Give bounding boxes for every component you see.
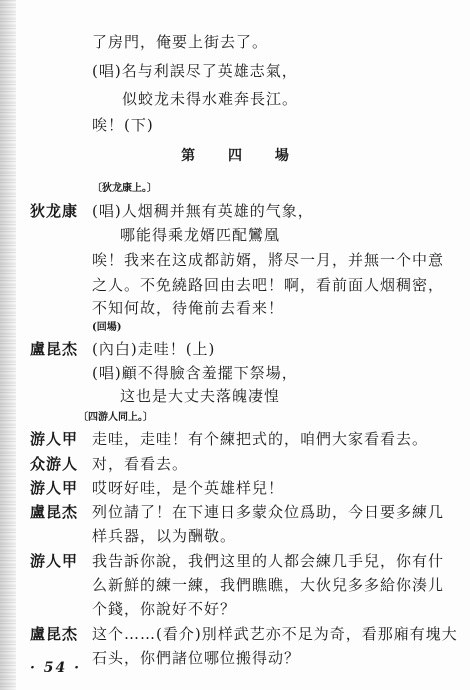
dialogue-line: 列位請了！在下連日多蒙众位爲助，今日要多練几 bbox=[92, 503, 444, 521]
speaker-name: 游人甲 bbox=[30, 430, 78, 448]
dialogue-line: (唱)顧不得臉含羞擺下祭場， bbox=[92, 364, 298, 382]
scan-edge-shadow bbox=[0, 0, 16, 690]
dialogue-line: 个錢，你說好不好？ bbox=[92, 600, 236, 618]
dialogue-line: 哎呀好哇，是个英雄样兒！ bbox=[92, 479, 284, 497]
speaker-name: 狄龙康 bbox=[30, 202, 78, 220]
scene-title: 第 四 場 bbox=[0, 145, 470, 165]
text-line: 唉！(下) bbox=[92, 116, 154, 134]
stage-direction: (回場) bbox=[92, 322, 121, 334]
text-line: (唱)名与利誤尽了英雄志氣， bbox=[92, 62, 298, 80]
stage-direction: 〔四游人同上。〕 bbox=[78, 412, 153, 424]
speaker-name: 盧昆杰 bbox=[30, 340, 78, 358]
dialogue-line: 这也是大丈夫落魄凄惶 bbox=[120, 387, 280, 405]
dialogue-line: 不知何故，待俺前去看来！ bbox=[92, 299, 284, 317]
dialogue-line: 石头，你們諸位哪位搬得动？ bbox=[92, 649, 300, 667]
scanned-page: 了房門，俺要上街去了。 (唱)名与利誤尽了英雄志氣， 似蛟龙未得水难奔長江。 唉… bbox=[0, 0, 470, 690]
dialogue-line: 我告訴你說，我們这里的人都会練几手兒，你有什 bbox=[92, 552, 444, 570]
dialogue-line: (內白)走哇！(上) bbox=[92, 340, 215, 358]
text-line: 了房門，俺要上街去了。 bbox=[92, 33, 268, 51]
dialogue-line: 么新鮮的練一練，我們瞧瞧，大伙兒多多給你湊儿 bbox=[92, 576, 444, 594]
stage-direction: 〔狄龙康上。〕 bbox=[92, 183, 157, 195]
dialogue-line: 哪能得乘龙婿匹配鸞凰 bbox=[120, 226, 280, 244]
speaker-name: 盧昆杰 bbox=[30, 625, 78, 643]
dialogue-line: 样兵器，以为酬敬。 bbox=[92, 527, 236, 545]
speaker-name: 游人甲 bbox=[30, 479, 78, 497]
speaker-name: 众游人 bbox=[30, 455, 78, 473]
page-number: · 54 · bbox=[30, 660, 81, 676]
dialogue-line: 之人。不免繞路回由去吧！啊，看前面人烟稠密， bbox=[92, 276, 444, 294]
dialogue-line: 唉！我来在这成都訪婿，將尽一月，并無一个中意 bbox=[92, 251, 444, 269]
text-line: 似蛟龙未得水难奔長江。 bbox=[122, 90, 298, 108]
dialogue-line: 这个……(看介)別样武艺亦不足为奇，看那廂有塊大 bbox=[92, 625, 458, 643]
dialogue-line: 走哇，走哇！有个練把式的，咱們大家看看去。 bbox=[92, 430, 428, 448]
dialogue-line: 对，看看去。 bbox=[92, 455, 188, 473]
speaker-name: 盧昆杰 bbox=[30, 503, 78, 521]
speaker-name: 游人甲 bbox=[30, 552, 78, 570]
dialogue-line: (唱)人烟稠并無有英雄的气象， bbox=[92, 202, 314, 220]
